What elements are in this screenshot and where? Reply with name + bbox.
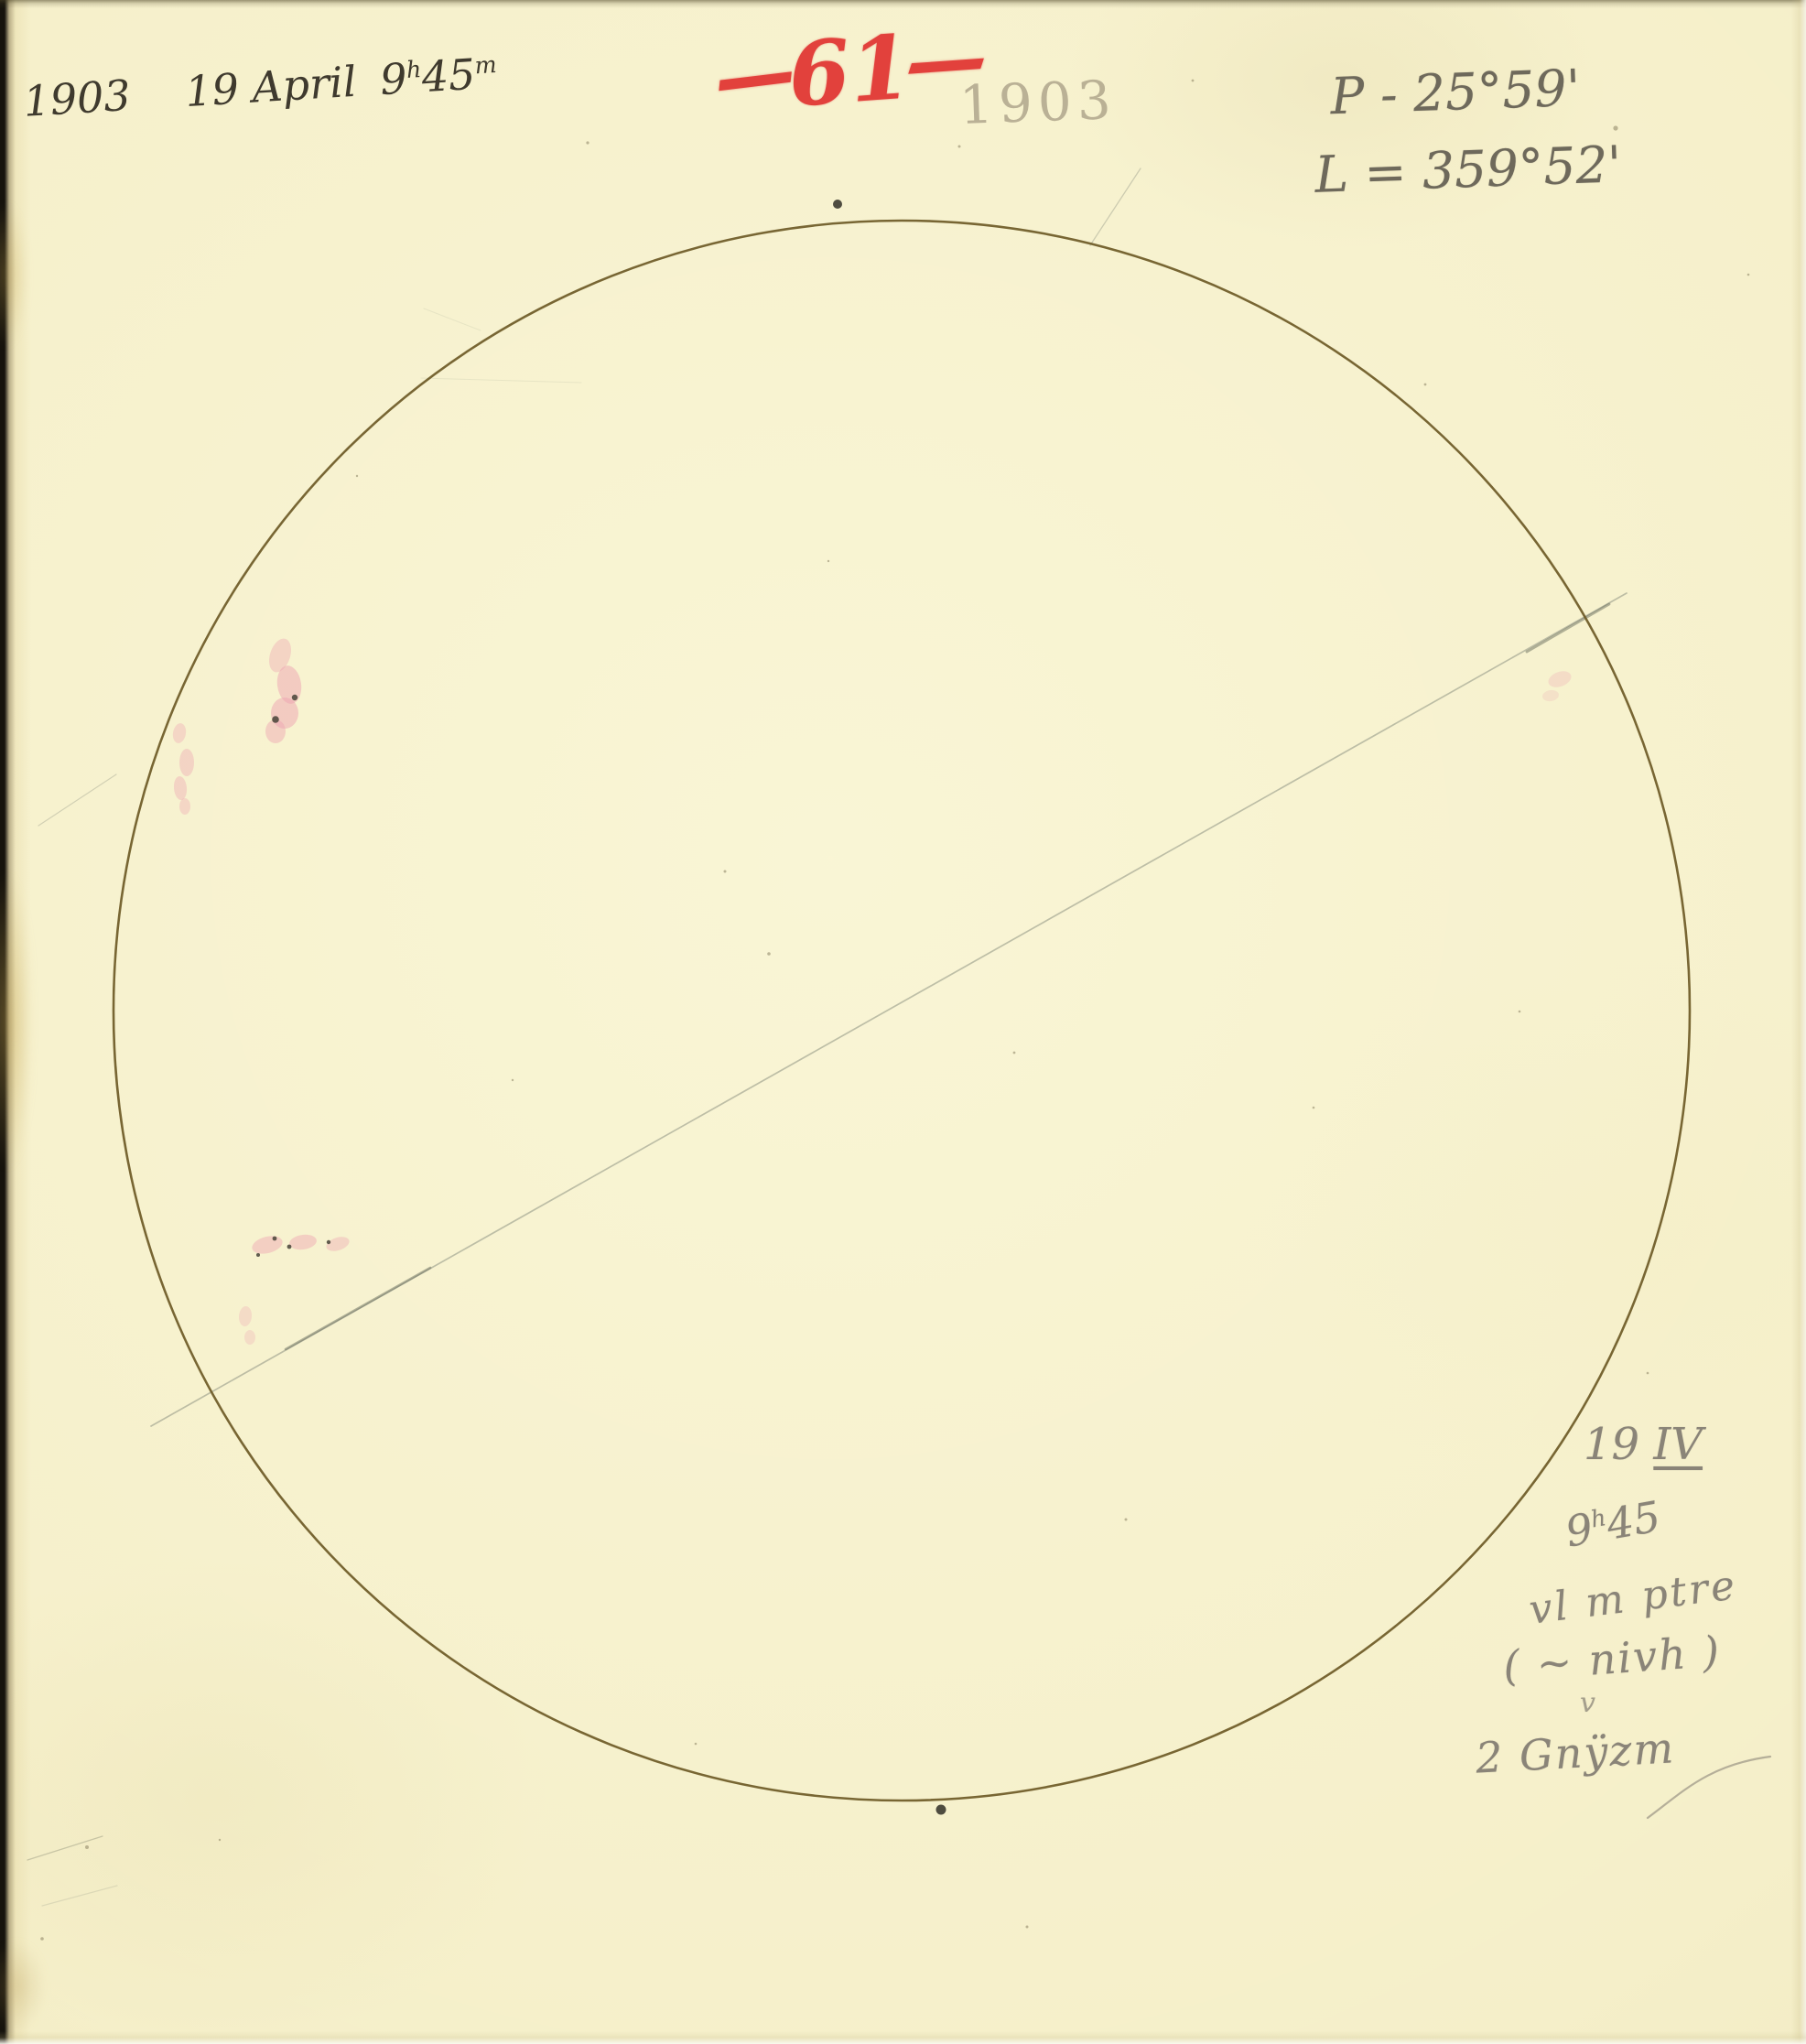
note-words: vl m ptre [1527,1562,1740,1633]
spot-group-east-upper [265,636,304,743]
scratch-line [1527,604,1609,652]
paper-speck [1747,274,1750,276]
scratch-line [42,1886,117,1906]
sunspot-core-dot [272,716,279,723]
scratch-line [27,1836,103,1860]
paper-speck [1647,1372,1649,1375]
paper-speck [1519,1011,1521,1013]
note-parenthetical: ( ~ nivh ) [1501,1627,1722,1691]
dash-right: – [895,4,994,114]
paper-speck [85,1845,89,1849]
heliographic-coordinates: P - 25°59' L = 359°52' [1311,48,1623,214]
sunspot-core-dot [273,1237,277,1241]
year-label: 1903 [22,70,132,126]
scratch-line [286,1268,430,1349]
paper-speck [40,1937,44,1941]
paper-speck [958,146,961,148]
scratch-line [1090,168,1141,245]
p-angle-line: P - 25°59' [1329,48,1620,135]
sunspot-core-dot [327,1240,330,1244]
smudge-west [1541,668,1573,702]
paper-speck [1424,384,1427,386]
spot-group-southeast [238,1233,351,1345]
note-date: 19 IV [1584,1419,1703,1470]
sunspot-faculae-smudge [1546,668,1573,690]
l-angle-line: L = 359°52' [1314,126,1623,215]
paper-speck [1125,1519,1128,1521]
paper-speck [695,1743,698,1746]
sunspot-faculae-smudge [173,775,188,800]
sunspot-core-dot [292,695,297,700]
sunspot-faculae-smudge [179,749,194,776]
paper-speck [1026,1926,1029,1929]
sunspot-faculae-smudge [171,722,188,744]
paper-speck [724,871,727,873]
paper-speck [1192,80,1195,82]
note-signature: 2 Gnÿzm [1475,1723,1677,1782]
note-check-mark: v [1580,1687,1595,1719]
sunspot-faculae-smudge [238,1305,253,1326]
scanned-observation-sheet: 1903 19 April 9h45m 1903 – 61 – P - 25°5… [0,0,1806,2044]
paper-speck [1013,1052,1016,1054]
scratch-line [424,308,481,330]
scratch-line [421,378,581,383]
observer-notes: 19 IV 9h45 vl m ptre ( ~ nivh ) v 2 Gnÿz… [1463,1419,1801,1778]
sunspot-core-dot [256,1253,260,1257]
scratch-line [38,774,116,826]
paper-speck [356,475,358,477]
time-label: 9h45m [379,48,499,104]
day-month-label: 19 April [184,57,358,116]
paper-speck [219,1839,221,1841]
spot-group-east-lower [171,722,194,815]
paper-speck [767,952,771,956]
sunspot-faculae-smudge [265,719,286,743]
note-time: 9h45 [1562,1491,1664,1556]
paper-speck [512,1079,514,1081]
sunspot-core-dot [287,1245,292,1249]
paper-speck [1313,1107,1315,1109]
sunspot-faculae-smudge [250,1233,284,1257]
sun-disk-outline [114,221,1690,1801]
axis-fiducial-dot [936,1805,946,1815]
sunspot-faculae-smudge [179,798,190,815]
paper-speck [827,560,829,562]
sunspot-faculae-smudge [244,1330,255,1345]
axis-fiducial-dot [833,200,842,209]
sunspot-faculae-smudge [288,1233,318,1251]
sunspot-faculae-smudge [1541,689,1560,703]
sheet-number-red: – 61 – [729,11,971,131]
paper-speck [586,141,589,144]
